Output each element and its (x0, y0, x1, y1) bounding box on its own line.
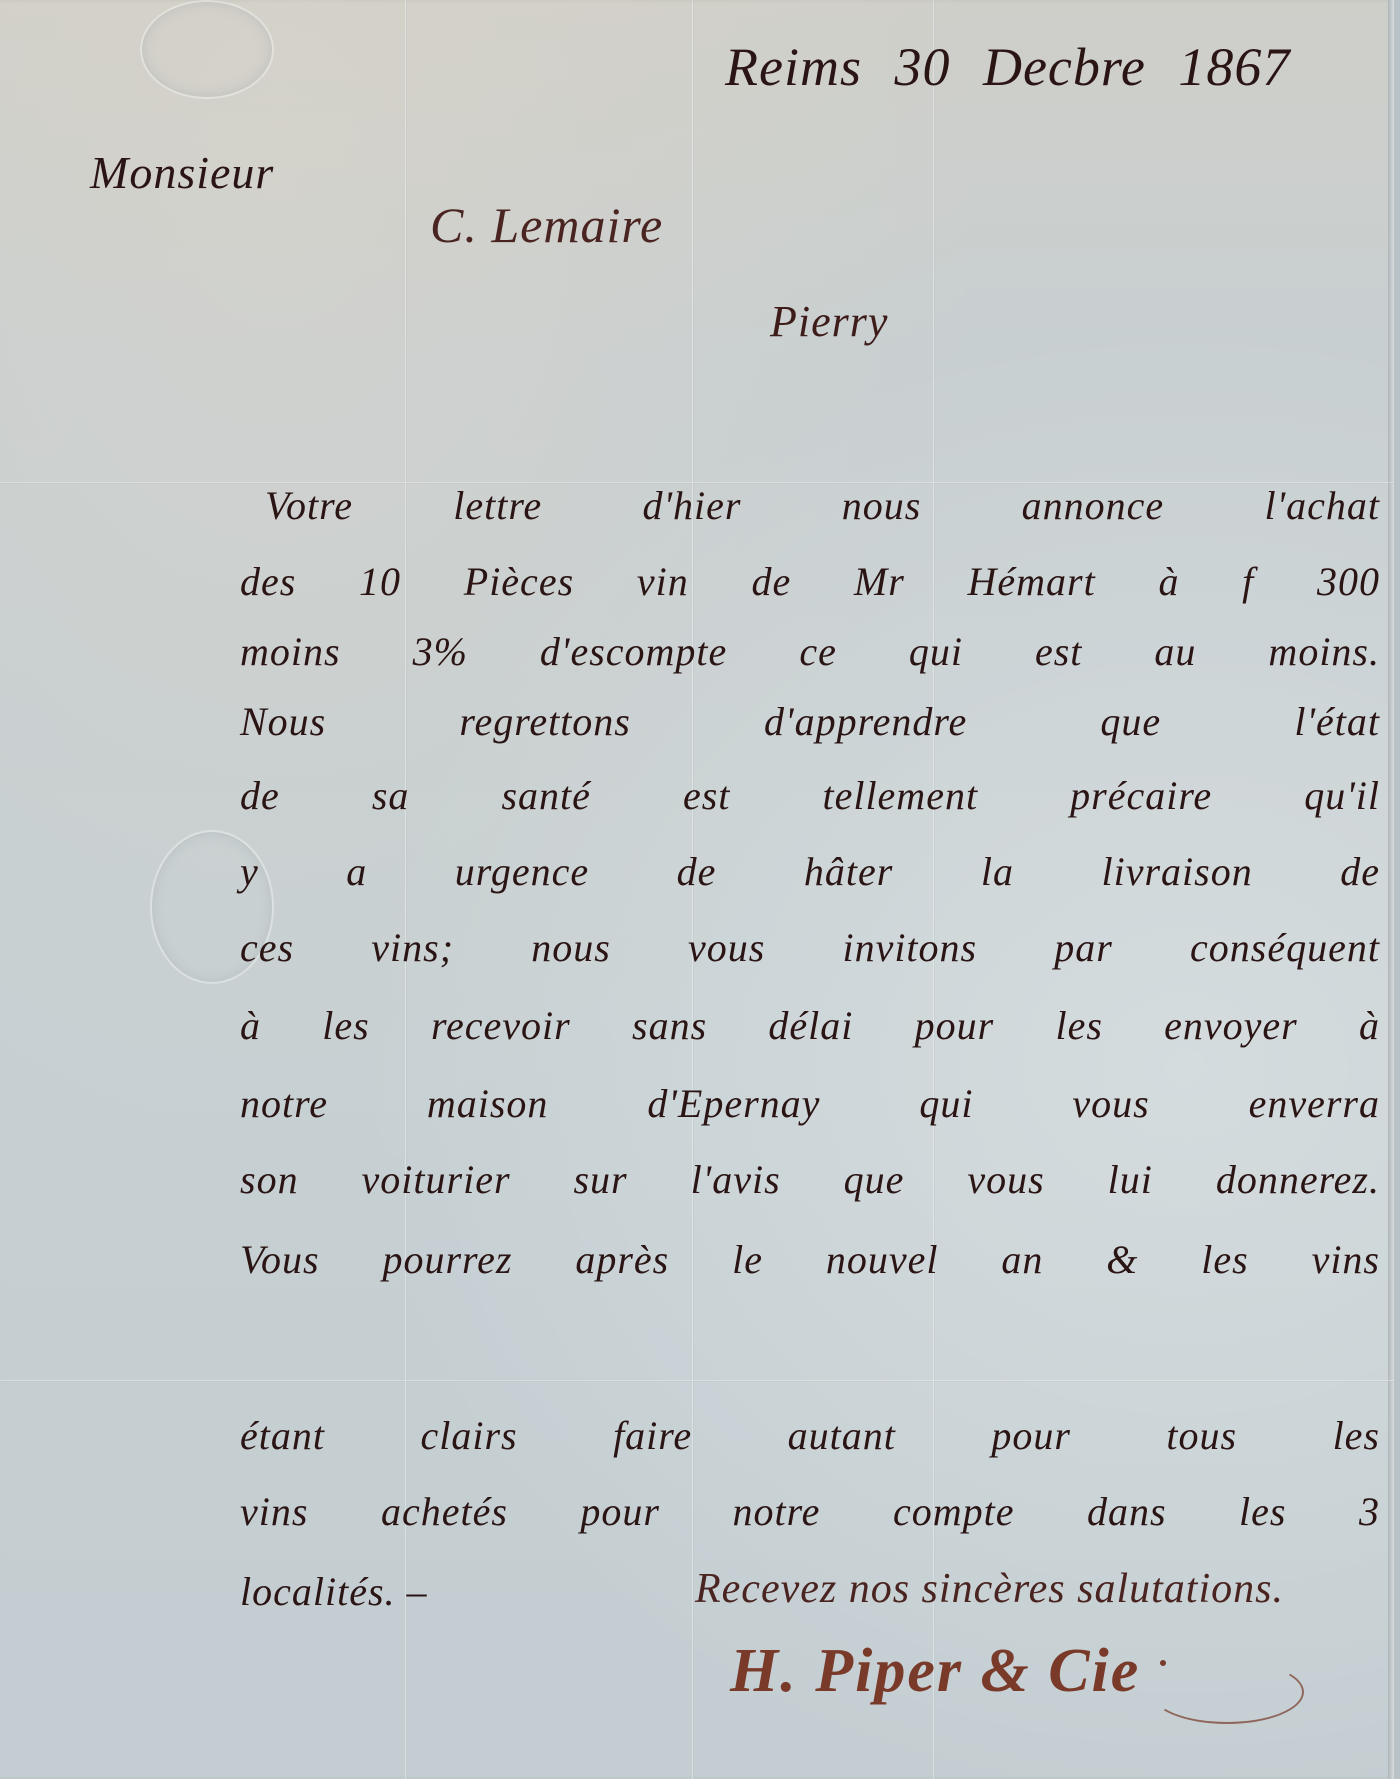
paper-edge (1388, 0, 1394, 1779)
recipient-name: C. Lemaire (430, 200, 663, 250)
body-line: notre maison d'Epernay qui vous enverra (240, 1084, 1380, 1124)
body-line: étant clairs faire autant pour tous les (240, 1416, 1380, 1456)
salutation: Monsieur (90, 150, 274, 196)
embossed-seal (140, 0, 274, 99)
body-line: Votre lettre d'hier nous annonce l'achat (265, 486, 1380, 526)
body-line: de sa santé est tellement précaire qu'il (240, 776, 1380, 816)
body-line: ces vins; nous vous invitons par conséqu… (240, 928, 1380, 968)
body-line: à les recevoir sans délai pour les envoy… (240, 1006, 1380, 1046)
body-line: vins achetés pour notre compte dans les … (240, 1492, 1380, 1532)
body-line: y a urgence de hâter la livraison de (240, 852, 1380, 892)
closing-salutation: Recevez nos sincères salutations. (695, 1568, 1284, 1610)
signature: H. Piper & Cie (730, 1640, 1140, 1702)
body-line: son voiturier sur l'avis que vous lui do… (240, 1160, 1380, 1200)
body-line: Nous regrettons d'apprendre que l'état (240, 702, 1380, 742)
signature-dot-icon (1160, 1660, 1166, 1666)
letter-paper: Reims 30 Decbre 1867 Monsieur C. Lemaire… (0, 0, 1394, 1779)
recipient-town: Pierry (770, 300, 888, 344)
body-line: Vous pourrez après le nouvel an & les vi… (240, 1240, 1380, 1280)
place-date: Reims 30 Decbre 1867 (725, 40, 1290, 94)
fold-line-horizontal (0, 1380, 1394, 1382)
body-line: moins 3% d'escompte ce qui est au moins. (240, 632, 1380, 672)
signature-flourish-icon (1150, 1660, 1304, 1724)
closing-localites: localités. – (240, 1572, 428, 1612)
body-line: des 10 Pièces vin de Mr Hémart à f 300 (240, 562, 1380, 602)
